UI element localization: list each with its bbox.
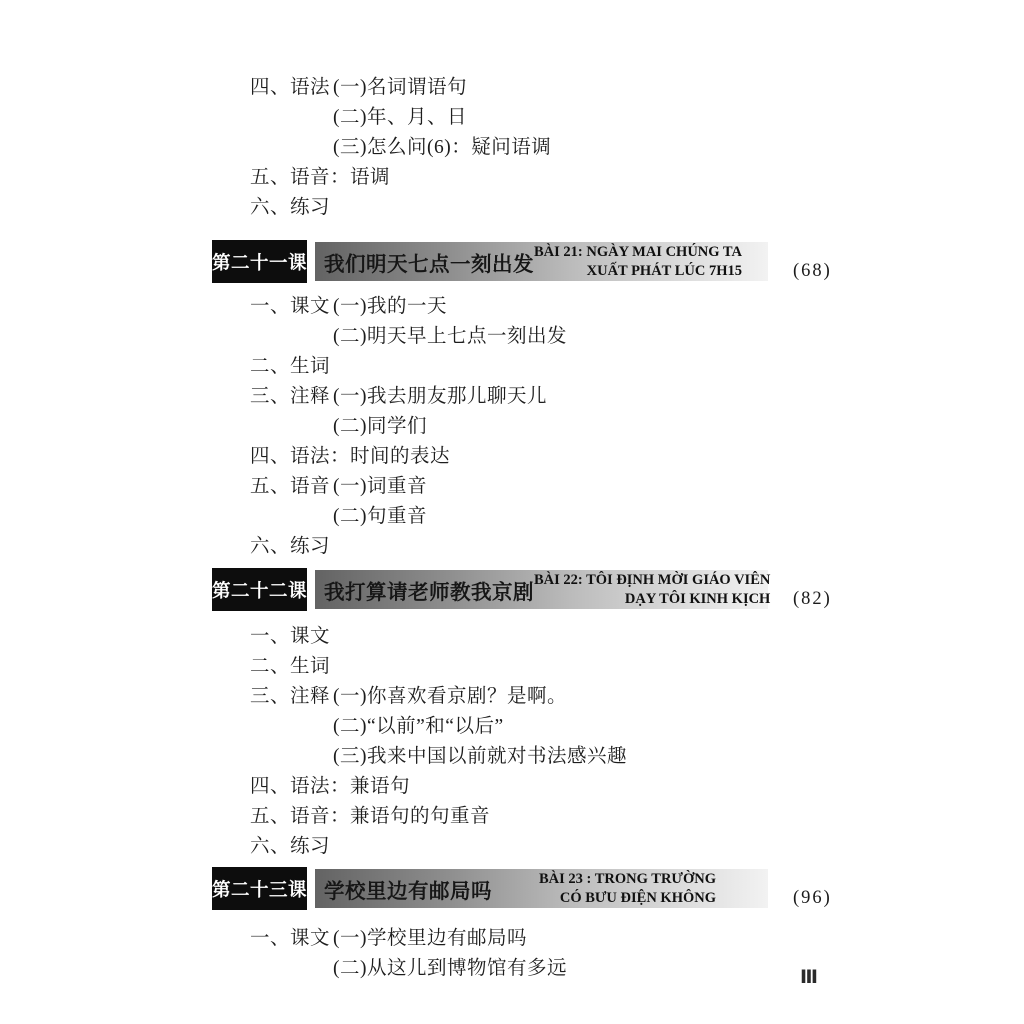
- toc-detail: (一)我去朋友那儿聊天儿: [333, 382, 1024, 412]
- toc-row: 四、语法 (一)名词谓语句 (二)年、月、日 (三)怎么问(6)：疑问语调: [250, 73, 1024, 163]
- toc-detail: (二)“以前”和“以后”: [333, 712, 1024, 742]
- lesson-title-vi-line1: BÀI 21: NGÀY MAI CHÚNG TA: [534, 243, 742, 262]
- toc-row-label: 三、注释: [250, 682, 333, 772]
- toc-row: 五、语音：兼语句的句重音: [250, 802, 1024, 832]
- toc-row: 五、语音：语调: [250, 163, 1024, 193]
- toc-row: 二、生词: [250, 652, 1024, 682]
- toc-row-label: 六、练习: [250, 532, 333, 562]
- toc-row-label: 一、课文: [250, 622, 333, 652]
- lesson-21-items: 一、课文 (一)我的一天 (二)明天早上七点一刻出发 二、生词 三、注释 (一)…: [0, 292, 1024, 562]
- toc-detail: (一)你喜欢看京剧？是啊。: [333, 682, 1024, 712]
- toc-row-details: (一)学校里边有邮局吗 (二)从这儿到博物馆有多远: [333, 924, 1024, 984]
- toc-row: 一、课文 (一)学校里边有邮局吗 (二)从这儿到博物馆有多远: [250, 924, 1024, 984]
- toc-row: 一、课文 (一)我的一天 (二)明天早上七点一刻出发: [250, 292, 1024, 352]
- lesson-title-chinese: 我打算请老师教我京剧: [315, 575, 534, 605]
- toc-detail: (二)同学们: [333, 412, 1024, 442]
- toc-detail: (二)从这儿到博物馆有多远: [333, 954, 1024, 984]
- lesson-page-reference: (82): [793, 589, 832, 611]
- page-number-folio: Ⅲ: [800, 966, 818, 988]
- lesson-title-bar: 我打算请老师教我京剧 BÀI 22: TÔI ĐỊNH MỜI GIÁO VIÊ…: [315, 570, 768, 609]
- toc-detail: (一)名词谓语句: [333, 73, 1024, 103]
- toc-row-label: 六、练习: [250, 832, 333, 862]
- toc-row: 三、注释 (一)你喜欢看京剧？是啊。 (二)“以前”和“以后” (三)我来中国以…: [250, 682, 1024, 772]
- toc-row: 五、语音 (一)词重音 (二)句重音: [250, 472, 1024, 532]
- toc-row-label: 一、课文: [250, 292, 333, 352]
- lesson-title-vi-line2: CÓ BƯU ĐIỆN KHÔNG: [539, 889, 716, 908]
- lesson-number-box: 第二十三课: [212, 867, 307, 910]
- toc-row-details: (一)你喜欢看京剧？是啊。 (二)“以前”和“以后” (三)我来中国以前就对书法…: [333, 682, 1024, 772]
- lesson-title-vietnamese: BÀI 22: TÔI ĐỊNH MỜI GIÁO VIÊN DẠY TÔI K…: [534, 571, 780, 608]
- lesson-title-vietnamese: BÀI 21: NGÀY MAI CHÚNG TA XUẤT PHÁT LÚC …: [534, 243, 792, 280]
- lesson-title-chinese: 学校里边有邮局吗: [315, 874, 492, 904]
- toc-detail: (一)学校里边有邮局吗: [333, 924, 1024, 954]
- lesson-title-bar: 我们明天七点一刻出发 BÀI 21: NGÀY MAI CHÚNG TA XUẤ…: [315, 242, 768, 281]
- toc-detail: (二)明天早上七点一刻出发: [333, 322, 1024, 352]
- lesson-23-items: 一、课文 (一)学校里边有邮局吗 (二)从这儿到博物馆有多远: [0, 924, 1024, 984]
- lesson-title-vietnamese: BÀI 23 : TRONG TRƯỜNG CÓ BƯU ĐIỆN KHÔNG: [539, 870, 768, 907]
- toc-detail: (二)句重音: [333, 502, 1024, 532]
- toc-row-label: 五、语音：语调: [250, 163, 390, 193]
- toc-detail: (二)年、月、日: [333, 103, 1024, 133]
- toc-row: 四、语法：兼语句: [250, 772, 1024, 802]
- toc-row-label: 五、语音：兼语句的句重音: [250, 802, 490, 832]
- toc-row-label: 一、课文: [250, 924, 333, 984]
- toc-row: 一、课文: [250, 622, 1024, 652]
- toc-page: 四、语法 (一)名词谓语句 (二)年、月、日 (三)怎么问(6)：疑问语调 五、…: [0, 0, 1024, 1024]
- toc-row-details: (一)词重音 (二)句重音: [333, 472, 1024, 532]
- toc-detail: (一)我的一天: [333, 292, 1024, 322]
- toc-row-label: 二、生词: [250, 652, 333, 682]
- toc-row-label: 五、语音: [250, 472, 333, 532]
- toc-detail: (三)我来中国以前就对书法感兴趣: [333, 742, 1024, 772]
- toc-row-label: 四、语法：时间的表达: [250, 442, 450, 472]
- lesson-number-box: 第二十二课: [212, 568, 307, 611]
- lesson-title-bar: 学校里边有邮局吗 BÀI 23 : TRONG TRƯỜNG CÓ BƯU ĐI…: [315, 869, 768, 908]
- lesson-22-items: 一、课文 二、生词 三、注释 (一)你喜欢看京剧？是啊。 (二)“以前”和“以后…: [0, 622, 1024, 862]
- lesson-title-vi-line2: XUẤT PHÁT LÚC 7H15: [534, 262, 742, 281]
- lesson-title-chinese: 我们明天七点一刻出发: [315, 247, 534, 277]
- lesson-23-banner: 第二十三课 学校里边有邮局吗 BÀI 23 : TRONG TRƯỜNG CÓ …: [212, 867, 832, 910]
- toc-row: 四、语法：时间的表达: [250, 442, 1024, 472]
- toc-row-label: 四、语法：兼语句: [250, 772, 410, 802]
- toc-row: 六、练习: [250, 532, 1024, 562]
- lesson-page-reference: (68): [793, 261, 832, 283]
- lesson-title-vi-line1: BÀI 22: TÔI ĐỊNH MỜI GIÁO VIÊN: [534, 571, 770, 590]
- toc-row: 三、注释 (一)我去朋友那儿聊天儿 (二)同学们: [250, 382, 1024, 442]
- lesson-number-box: 第二十一课: [212, 240, 307, 283]
- toc-detail: (一)词重音: [333, 472, 1024, 502]
- lesson-title-vi-line2: DẠY TÔI KINH KỊCH: [534, 590, 770, 609]
- toc-row-details: (一)名词谓语句 (二)年、月、日 (三)怎么问(6)：疑问语调: [333, 73, 1024, 163]
- toc-row: 六、练习: [250, 193, 1024, 223]
- intro-items: 四、语法 (一)名词谓语句 (二)年、月、日 (三)怎么问(6)：疑问语调 五、…: [0, 73, 1024, 223]
- toc-row: 二、生词: [250, 352, 1024, 382]
- toc-row-label: 六、练习: [250, 193, 333, 223]
- toc-row: 六、练习: [250, 832, 1024, 862]
- toc-row-details: (一)我的一天 (二)明天早上七点一刻出发: [333, 292, 1024, 352]
- toc-row-label: 四、语法: [250, 73, 333, 163]
- lesson-page-reference: (96): [793, 888, 832, 910]
- lesson-22-banner: 第二十二课 我打算请老师教我京剧 BÀI 22: TÔI ĐỊNH MỜI GI…: [212, 568, 832, 611]
- toc-row-details: (一)我去朋友那儿聊天儿 (二)同学们: [333, 382, 1024, 442]
- toc-row-label: 二、生词: [250, 352, 333, 382]
- lesson-21-banner: 第二十一课 我们明天七点一刻出发 BÀI 21: NGÀY MAI CHÚNG …: [212, 240, 832, 283]
- toc-row-label: 三、注释: [250, 382, 333, 442]
- lesson-title-vi-line1: BÀI 23 : TRONG TRƯỜNG: [539, 870, 716, 889]
- toc-detail: (三)怎么问(6)：疑问语调: [333, 133, 1024, 163]
